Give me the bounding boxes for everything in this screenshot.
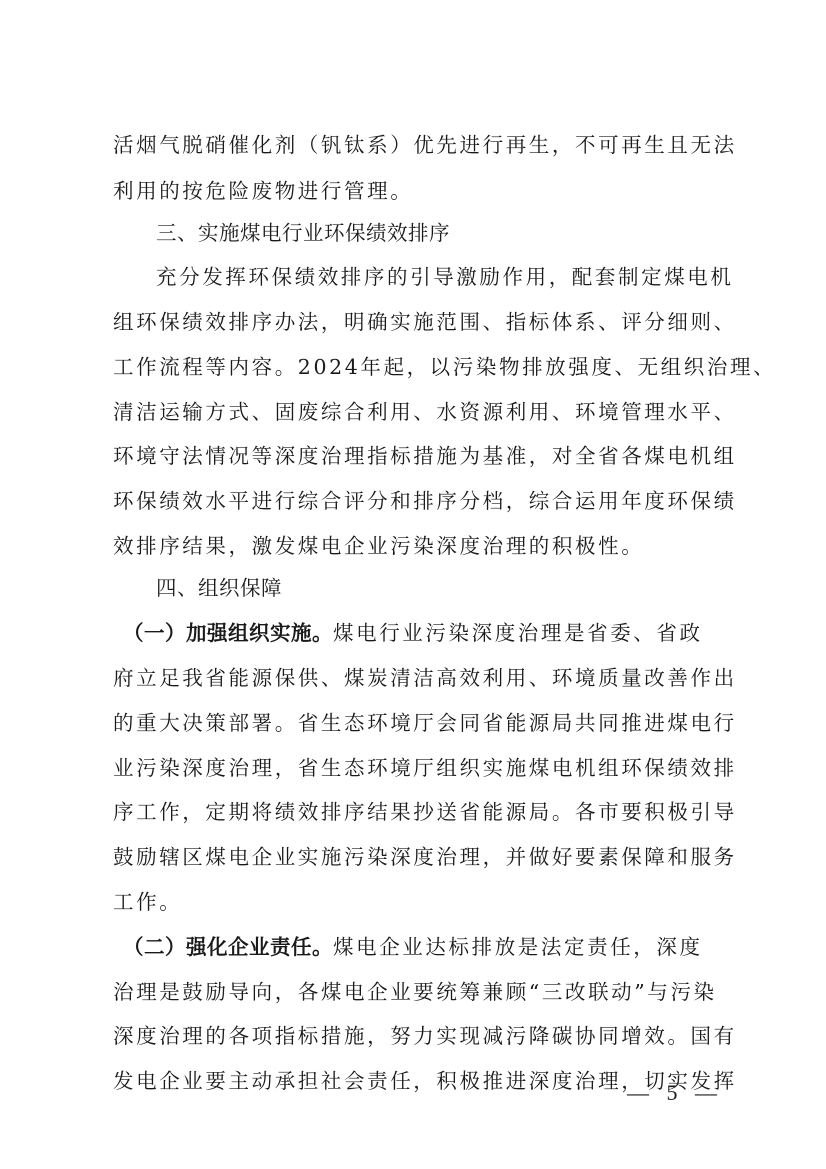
section-heading: 三、实施煤电行业环保绩效排序 <box>156 220 758 246</box>
paragraph-line: 充分发挥环保绩效排序的引导激励作用，配套制定煤电机 <box>156 264 758 290</box>
paragraph-line: 环境守法情况等深度治理指标措施为基准，对全省各煤电机组 <box>113 443 715 469</box>
line-text: 组环保绩效排序办法，明确实施范围、指标体系、评分细则、 <box>113 310 737 334</box>
line-text: 煤电企业达标排放是法定责任，深度 <box>333 935 703 959</box>
line-text: 深度治理的各项指标措施，努力实现减污降碳协同增效。国有 <box>113 1024 737 1048</box>
document-page: 活烟气脱硝催化剂（钒钛系）优先进行再生，不可再生且无法利用的按危险废物进行管理。… <box>0 0 826 1169</box>
paragraph-line: 深度治理的各项指标措施，努力实现减污降碳协同增效。国有 <box>113 1023 715 1049</box>
paragraph-line: 序工作，定期将绩效排序结果抄送省能源局。各市要积极引导 <box>113 799 715 825</box>
page-number: — 5 — <box>627 1080 723 1106</box>
line-text: 鼓励辖区煤电企业实施污染深度治理，并做好要素保障和服务 <box>113 845 737 869</box>
line-text: 环境守法情况等深度治理指标措施为基准，对全省各煤电机组 <box>113 444 737 468</box>
line-text: 清洁运输方式、固废综合利用、水资源利用、环境管理水平、 <box>113 400 737 424</box>
section-heading: 四、组织保障 <box>156 575 758 601</box>
line-text: 治理是鼓励导向，各煤电企业要统筹兼顾“三改联动”与污染 <box>113 980 717 1004</box>
subsection-title: （二）强化企业责任。 <box>123 935 333 959</box>
line-text: 环保绩效水平进行综合评分和排序分档，综合运用年度环保绩 <box>113 489 737 513</box>
subsection-title: （一）加强组织实施。 <box>123 621 333 645</box>
paragraph-line: 利用的按危险废物进行管理。 <box>113 178 715 204</box>
line-text: 活烟气脱硝催化剂（钒钛系）优先进行再生，不可再生且无法 <box>113 133 737 157</box>
paragraph-line: 工作流程等内容。2024年起，以污染物排放强度、无组织治理、 <box>113 354 715 380</box>
line-text: 序工作，定期将绩效排序结果抄送省能源局。各市要积极引导 <box>113 800 737 824</box>
line-text: 三、实施煤电行业环保绩效排序 <box>156 221 450 245</box>
line-text: 充分发挥环保绩效排序的引导激励作用，配套制定煤电机 <box>156 265 734 289</box>
line-text: 煤电行业污染深度治理是省委、省政 <box>333 621 703 645</box>
paragraph-line: 府立足我省能源保供、煤炭清洁高效利用、环境质量改善作出 <box>113 665 715 691</box>
line-text: 工作流程等内容。2024年起，以污染物排放强度、无组织治理、 <box>113 355 776 379</box>
paragraph-line: （一）加强组织实施。煤电行业污染深度治理是省委、省政 <box>123 620 725 646</box>
paragraph-line: （二）强化企业责任。煤电企业达标排放是法定责任，深度 <box>123 934 725 960</box>
line-text: 的重大决策部署。省生态环境厅会同省能源局共同推进煤电行 <box>113 711 737 735</box>
line-text: 四、组织保障 <box>156 576 282 600</box>
paragraph-line: 工作。 <box>113 889 715 915</box>
paragraph-line: 发电企业要主动承担社会责任，积极推进深度治理，切实发挥 <box>113 1068 715 1094</box>
paragraph-line: 效排序结果，激发煤电企业污染深度治理的积极性。 <box>113 533 715 559</box>
paragraph-line: 清洁运输方式、固废综合利用、水资源利用、环境管理水平、 <box>113 399 715 425</box>
paragraph-line: 组环保绩效排序办法，明确实施范围、指标体系、评分细则、 <box>113 309 715 335</box>
line-text: 工作。 <box>113 890 182 914</box>
line-text: 业污染深度治理，省生态环境厅组织实施煤电机组环保绩效排 <box>113 756 737 780</box>
paragraph-line: 环保绩效水平进行综合评分和排序分档，综合运用年度环保绩 <box>113 488 715 514</box>
line-text: 府立足我省能源保供、煤炭清洁高效利用、环境质量改善作出 <box>113 666 737 690</box>
paragraph-line: 鼓励辖区煤电企业实施污染深度治理，并做好要素保障和服务 <box>113 844 715 870</box>
paragraph-line: 治理是鼓励导向，各煤电企业要统筹兼顾“三改联动”与污染 <box>113 979 715 1005</box>
paragraph-line: 活烟气脱硝催化剂（钒钛系）优先进行再生，不可再生且无法 <box>113 132 715 158</box>
line-text: 效排序结果，激发煤电企业污染深度治理的积极性。 <box>113 534 644 558</box>
line-text: 利用的按危险废物进行管理。 <box>113 179 413 203</box>
paragraph-line: 业污染深度治理，省生态环境厅组织实施煤电机组环保绩效排 <box>113 755 715 781</box>
paragraph-line: 的重大决策部署。省生态环境厅会同省能源局共同推进煤电行 <box>113 710 715 736</box>
